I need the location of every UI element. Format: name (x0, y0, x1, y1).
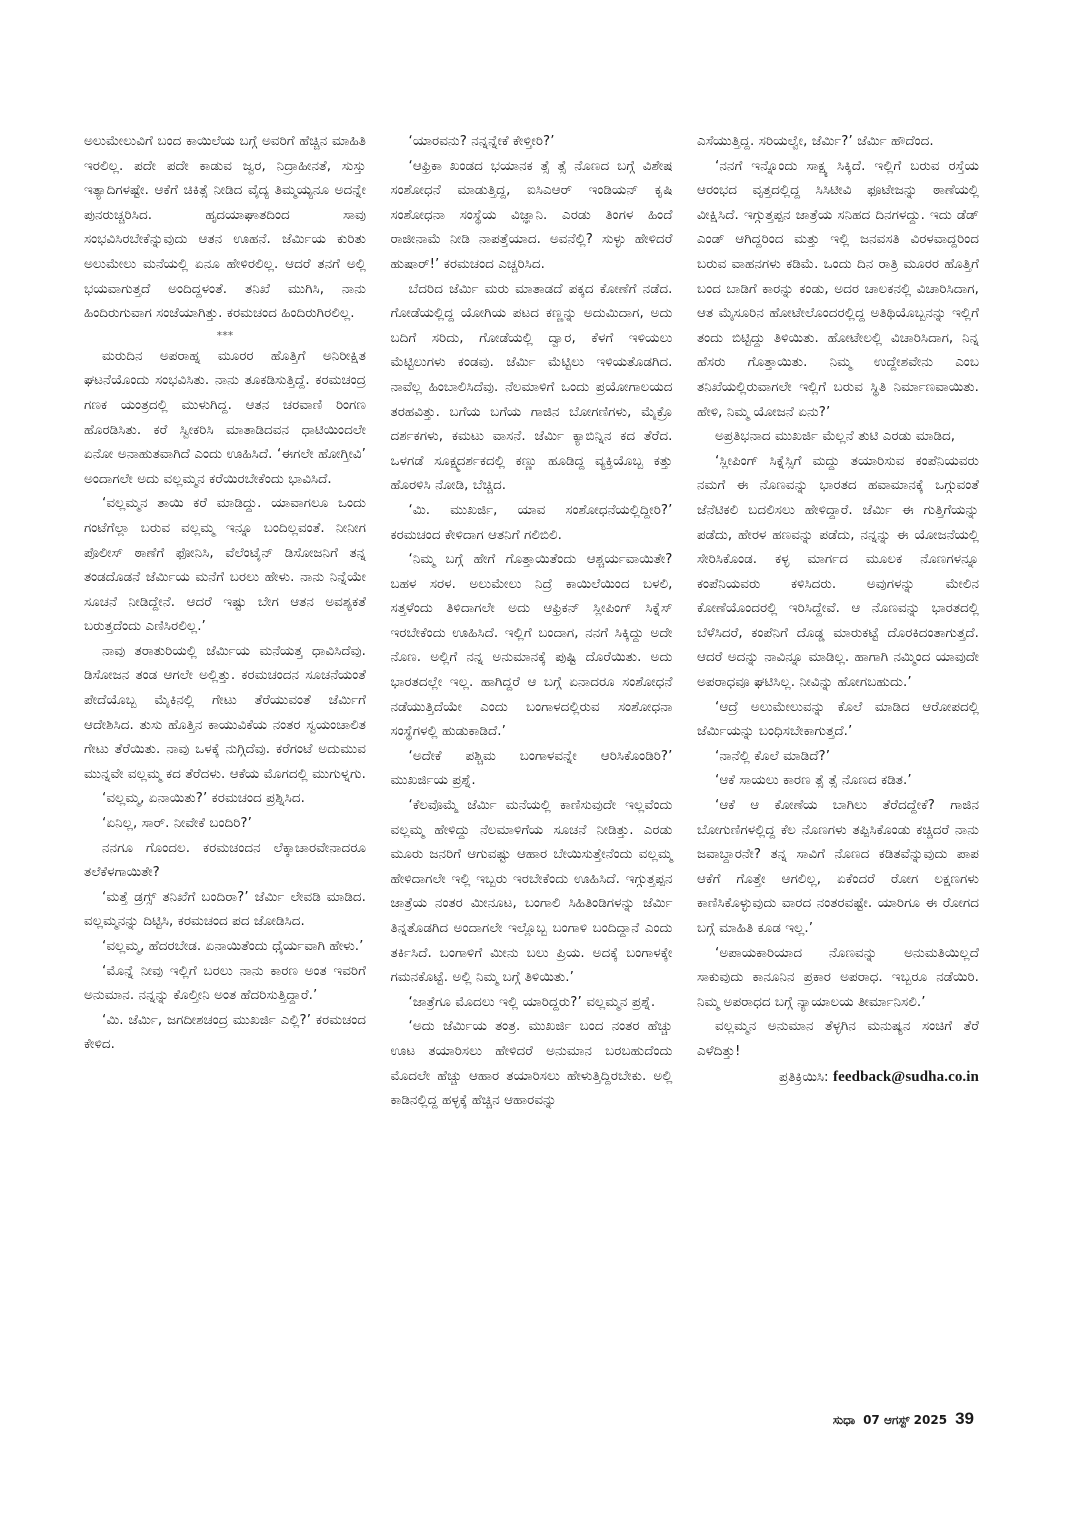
paragraph: ನನಗೂ ಗೊಂದಲ. ಕರಮಚಂದನ ಲೆಕ್ಕಾಚಾರವೇನಾದರೂ ತಲೆ… (84, 837, 366, 886)
paragraph: ‘ಅದೇಕೆ ಪಶ್ಚಿಮ ಬಂಗಾಳವನ್ನೇ ಆರಿಸಿಕೊಂಡಿರಿ?’ … (391, 745, 673, 794)
paragraph: ‘ಮಿ. ಜೆರ್ಮಿ, ಜಗದೀಶಚಂದ್ರ ಮುಖರ್ಜಿ ಎಲ್ಲಿ?’ … (84, 1009, 366, 1058)
paragraph: ‘ಮೊನ್ನೆ ನೀವು ಇಲ್ಲಿಗೆ ಬರಲು ನಾನು ಕಾರಣ ಅಂತ … (84, 960, 366, 1009)
paragraph: ‘ವಲ್ಲಮ್ಮ, ಹೆದರಬೇಡ. ಏನಾಯಿತೆಂದು ಧೈರ್ಯವಾಗಿ … (84, 935, 366, 960)
column-2: ‘ಯಾರವನು? ನನ್ನನ್ನೇಕೆ ಕೇಳ್ತೀರಿ?’‘ಆಫ್ರಿಕಾ ಖ… (391, 130, 673, 1400)
feedback-email-link[interactable]: feedback@sudha.co.in (833, 1069, 979, 1085)
magazine-page: ಅಲುಮೇಲುವಿಗೆ ಬಂದ ಕಾಯಿಲೆಯ ಬಗ್ಗೆ ಅವರಿಗೆ ಹೆಚ… (0, 0, 1078, 1525)
section-separator: *** (84, 327, 366, 345)
paragraph: ‘ನನಗೆ ಇನ್ನೊಂದು ಸಾಕ್ಷ್ಯ ಸಿಕ್ಕಿದೆ. ಇಲ್ಲಿಗೆ… (697, 155, 979, 426)
paragraph: ‘ಆಕೆ ಆ ಕೋಣೆಯ ಬಾಗಿಲು ತೆರೆದದ್ದೇಕೆ? ಗಾಜಿನ ಬ… (697, 794, 979, 942)
paragraph: ನಾವು ತರಾತುರಿಯಲ್ಲಿ ಜೆರ್ಮಿಯ ಮನೆಯತ್ತ ಧಾವಿಸಿ… (84, 640, 366, 788)
paragraph: ಬೆದರಿದ ಜೆರ್ಮಿ ಮರು ಮಾತಾಡದೆ ಪಕ್ಕದ ಕೋಣೆಗೆ ನ… (391, 278, 673, 499)
column-1: ಅಲುಮೇಲುವಿಗೆ ಬಂದ ಕಾಯಿಲೆಯ ಬಗ್ಗೆ ಅವರಿಗೆ ಹೆಚ… (84, 130, 366, 1400)
page-footer: ಸುಧಾ 07 ಆಗಸ್ಟ್ 2025 39 (833, 1409, 974, 1429)
paragraph: ‘ಆಕೆ ಸಾಯಲು ಕಾರಣ ತ್ಸೆ ತ್ಸೆ ನೊಣದ ಕಡಿತ.’ (697, 769, 979, 794)
feedback-label: ಪ್ರತಿಕ್ರಿಯಿಸಿ: (779, 1070, 829, 1085)
paragraph: ‘ವಲ್ಲಮ್ಮನ ತಾಯಿ ಕರೆ ಮಾಡಿದ್ದು. ಯಾವಾಗಲೂ ಒಂದ… (84, 492, 366, 640)
paragraph: ‘ಅಪಾಯಕಾರಿಯಾದ ನೊಣವನ್ನು ಅನುಮತಿಯಿಲ್ಲದೆ ಸಾಕು… (697, 942, 979, 1016)
article-body: ಅಲುಮೇಲುವಿಗೆ ಬಂದ ಕಾಯಿಲೆಯ ಬಗ್ಗೆ ಅವರಿಗೆ ಹೆಚ… (84, 130, 979, 1400)
feedback-signoff: ಪ್ರತಿಕ್ರಿಯಿಸಿ: feedback@sudha.co.in (697, 1065, 979, 1091)
magazine-name: ಸುಧಾ (833, 1413, 855, 1428)
paragraph: ‘ವಲ್ಲಮ್ಮ, ಏನಾಯಿತು?’ ಕರಮಚಂದ ಪ್ರಶ್ನಿಸಿದ. (84, 787, 366, 812)
paragraph: ‘ಕೆಲವೊಮ್ಮೆ ಜೆರ್ಮಿ ಮನೆಯಲ್ಲಿ ಕಾಣಿಸುವುದೇ ಇಲ… (391, 794, 673, 991)
paragraph: ‘ಏನಿಲ್ಲ, ಸಾರ್. ನೀವೇಕೆ ಬಂದಿರಿ?’ (84, 812, 366, 837)
paragraph: ‘ಆದ್ರೆ ಅಲುಮೇಲುವನ್ನು ಕೊಲೆ ಮಾಡಿದ ಆರೋಪದಲ್ಲಿ… (697, 696, 979, 745)
paragraph: ಮರುದಿನ ಅಪರಾಹ್ನ ಮೂರರ ಹೊತ್ತಿಗೆ ಅನಿರೀಕ್ಷಿತ … (84, 345, 366, 493)
paragraph: ‘ಯಾರವನು? ನನ್ನನ್ನೇಕೆ ಕೇಳ್ತೀರಿ?’ (391, 130, 673, 155)
paragraph: ‘ಸ್ಲೀಪಿಂಗ್ ಸಿಕ್ನೆಸ್ಸಿಗೆ ಮದ್ದು ತಯಾರಿಸುವ ಕ… (697, 450, 979, 696)
paragraph: ‘ನಾನೆಲ್ಲಿ ಕೊಲೆ ಮಾಡಿದೆ?’ (697, 745, 979, 770)
paragraph: ಎಸೆಯುತ್ತಿದ್ದ. ಸರಿಯಲ್ವೇ, ಜೆರ್ಮಿ?’ ಜೆರ್ಮಿ … (697, 130, 979, 155)
paragraph: ‘ಮತ್ತೆ ಡ್ರಗ್ಸ್ ತನಿಖೆಗೆ ಬಂದಿರಾ?’ ಜೆರ್ಮಿ ಲ… (84, 886, 366, 935)
column-3: ಎಸೆಯುತ್ತಿದ್ದ. ಸರಿಯಲ್ವೇ, ಜೆರ್ಮಿ?’ ಜೆರ್ಮಿ … (697, 130, 979, 1400)
paragraph: ‘ನಿಮ್ಮ ಬಗ್ಗೆ ಹೇಗೆ ಗೊತ್ತಾಯಿತೆಂದು ಆಶ್ಚರ್ಯವ… (391, 548, 673, 745)
issue-date: 07 ಆಗಸ್ಟ್ 2025 (863, 1413, 947, 1428)
paragraph: ವಲ್ಲಮ್ಮನ ಅನುಮಾನ ತೆಳ್ಳಗಿನ ಮನುಷ್ಯನ ಸಂಚಿಗೆ … (697, 1015, 979, 1064)
paragraph: ‘ಮಿ. ಮುಖರ್ಜಿ, ಯಾವ ಸಂಶೋಧನೆಯಲ್ಲಿದ್ದೀರಿ?’ ಕ… (391, 499, 673, 548)
paragraph: ‘ಅದು ಜೆರ್ಮಿಯ ತಂತ್ರ. ಮುಖರ್ಜಿ ಬಂದ ನಂತರ ಹೆಚ… (391, 1015, 673, 1113)
column-3-paragraphs: ಎಸೆಯುತ್ತಿದ್ದ. ಸರಿಯಲ್ವೇ, ಜೆರ್ಮಿ?’ ಜೆರ್ಮಿ … (697, 130, 979, 1065)
page-number: 39 (955, 1409, 974, 1429)
paragraph: ಅಪ್ರತಿಭನಾದ ಮುಖರ್ಜಿ ಮೆಲ್ಲನೆ ತುಟಿ ಎರಡು ಮಾಡ… (697, 425, 979, 450)
paragraph: ‘ಆಫ್ರಿಕಾ ಖಂಡದ ಭಯಾನಕ ತ್ಸೆ ತ್ಸೆ ನೊಣದ ಬಗ್ಗೆ… (391, 155, 673, 278)
paragraph: ಅಲುಮೇಲುವಿಗೆ ಬಂದ ಕಾಯಿಲೆಯ ಬಗ್ಗೆ ಅವರಿಗೆ ಹೆಚ… (84, 130, 366, 327)
paragraph: ‘ಜಾತ್ರೆಗೂ ಮೊದಲು ಇಲ್ಲಿ ಯಾರಿದ್ದರು?’ ವಲ್ಲಮ್… (391, 991, 673, 1016)
